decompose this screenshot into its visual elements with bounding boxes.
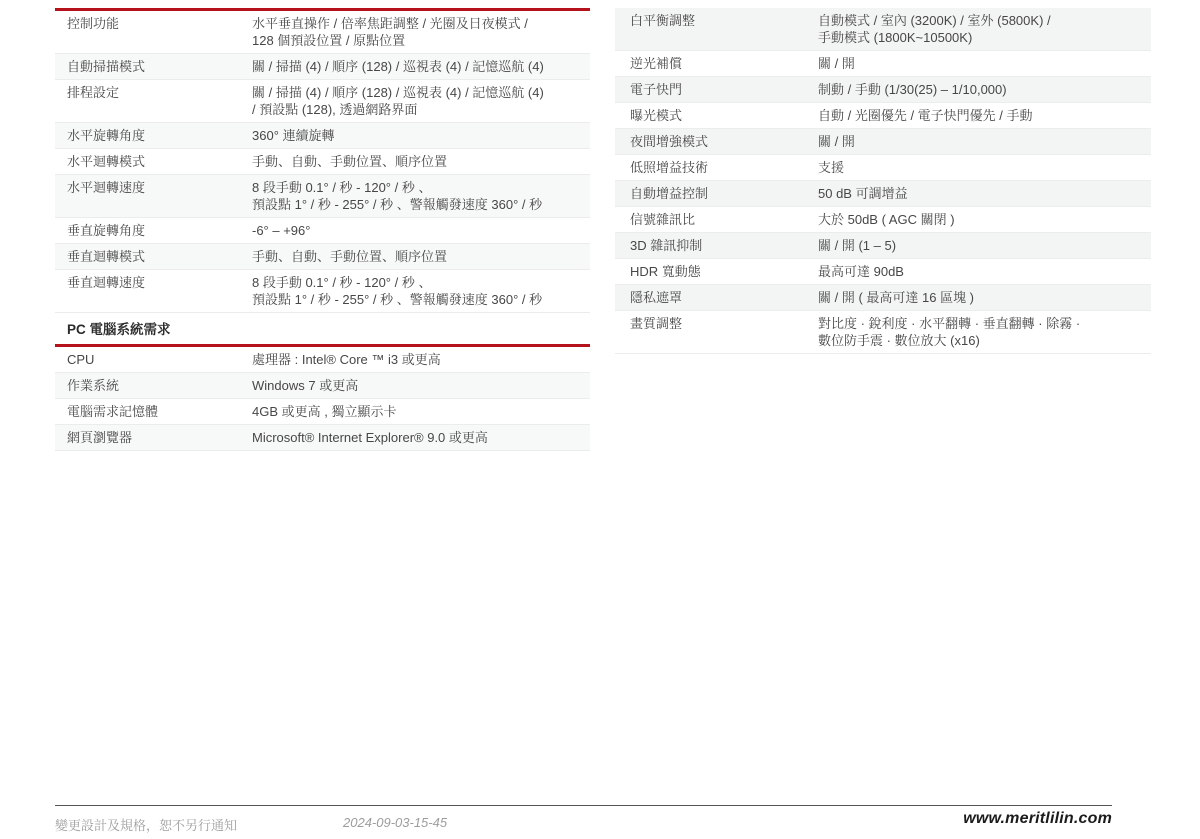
table-row: 信號雜訊比大於 50dB ( AGC 關閉 ) [615,207,1151,233]
spec-value: 自動 / 光圈優先 / 電子快門優先 / 手動 [818,103,1151,128]
spec-label: 排程設定 [55,80,252,105]
section-header: PC 電腦系統需求 [55,313,590,344]
table-row: 自動增益控制50 dB 可調增益 [615,181,1151,207]
spec-label: 控制功能 [55,11,252,36]
table-row: 排程設定關 / 掃描 (4) / 順序 (128) / 巡視表 (4) / 記憶… [55,80,590,123]
table-row: 電腦需求記憶體4GB 或更高 , 獨立顯示卡 [55,399,590,425]
spec-label: HDR 寬動態 [615,259,818,284]
footer-disclaimer: 變更設計及規格，恕不另行通知 [55,815,237,834]
footer-website-link[interactable]: www.meritlilin.com [963,810,1112,828]
table-row: 畫質調整對比度 · 銳利度 · 水平翻轉 · 垂直翻轉 · 除霧 · 數位防手震… [615,311,1151,354]
spec-label: 作業系統 [55,373,252,398]
table-row: 隱私遮罩關 / 開 ( 最高可達 16 區塊 ) [615,285,1151,311]
right-spec-table: 白平衡調整自動模式 / 室內 (3200K) / 室外 (5800K) / 手動… [615,8,1151,354]
spec-label: 自動增益控制 [615,181,818,206]
spec-label: 水平旋轉角度 [55,123,252,148]
spec-label: 水平迴轉速度 [55,175,252,200]
spec-label: 垂直旋轉角度 [55,218,252,243]
spec-label: 自動掃描模式 [55,54,252,79]
spec-value: 自動模式 / 室內 (3200K) / 室外 (5800K) / 手動模式 (1… [818,8,1151,50]
table-row: 自動掃描模式關 / 掃描 (4) / 順序 (128) / 巡視表 (4) / … [55,54,590,80]
table-row: 白平衡調整自動模式 / 室內 (3200K) / 室外 (5800K) / 手動… [615,8,1151,51]
spec-label: CPU [55,347,252,372]
spec-value: 4GB 或更高 , 獨立顯示卡 [252,399,590,424]
spec-label: 網頁瀏覽器 [55,425,252,450]
table-row: 低照增益技術支援 [615,155,1151,181]
spec-label: 白平衡調整 [615,8,818,33]
spec-label: 電腦需求記憶體 [55,399,252,424]
left-spec-table: 控制功能水平垂直操作 / 倍率焦距調整 / 光圈及日夜模式 / 128 個預設位… [55,8,590,451]
spec-value: 50 dB 可調增益 [818,181,1151,206]
spec-value: 水平垂直操作 / 倍率焦距調整 / 光圈及日夜模式 / 128 個預設位置 / … [252,11,590,53]
table-row: 逆光補償關 / 開 [615,51,1151,77]
table-row: 夜間增強模式關 / 開 [615,129,1151,155]
table-row: 垂直迴轉模式手動、自動、手動位置、順序位置 [55,244,590,270]
spec-value: 大於 50dB ( AGC 關閉 ) [818,207,1151,232]
spec-label: 曝光模式 [615,103,818,128]
spec-label: 水平迴轉模式 [55,149,252,174]
table-row: 網頁瀏覽器Microsoft® Internet Explorer® 9.0 或… [55,425,590,451]
spec-value: 處理器 : Intel® Core ™ i3 或更高 [252,347,590,372]
table-row: CPU處理器 : Intel® Core ™ i3 或更高 [55,347,590,373]
spec-value: 8 段手動 0.1° / 秒 - 120° / 秒 、 預設點 1° / 秒 -… [252,270,590,312]
spec-value: 關 / 掃描 (4) / 順序 (128) / 巡視表 (4) / 記憶巡航 (… [252,80,590,122]
spec-value: 關 / 開 ( 最高可達 16 區塊 ) [818,285,1151,310]
spec-label: 信號雜訊比 [615,207,818,232]
spec-value: 支援 [818,155,1151,180]
spec-value: 關 / 開 (1 – 5) [818,233,1151,258]
spec-label: 隱私遮罩 [615,285,818,310]
spec-value: 手動、自動、手動位置、順序位置 [252,149,590,174]
spec-label: 畫質調整 [615,311,818,336]
table-row: 控制功能水平垂直操作 / 倍率焦距調整 / 光圈及日夜模式 / 128 個預設位… [55,11,590,54]
spec-label: 3D 雜訊抑制 [615,233,818,258]
spec-value: 對比度 · 銳利度 · 水平翻轉 · 垂直翻轉 · 除霧 · 數位防手震 · 數… [818,311,1151,353]
table-row: 曝光模式自動 / 光圈優先 / 電子快門優先 / 手動 [615,103,1151,129]
spec-label: 電子快門 [615,77,818,102]
spec-label: 低照增益技術 [615,155,818,180]
table-row: 水平迴轉速度8 段手動 0.1° / 秒 - 120° / 秒 、 預設點 1°… [55,175,590,218]
table-row: 電子快門制動 / 手動 (1/30(25) – 1/10,000) [615,77,1151,103]
footer-divider [55,805,1112,806]
spec-label: 逆光補償 [615,51,818,76]
spec-value: 關 / 開 [818,51,1151,76]
spec-value: 8 段手動 0.1° / 秒 - 120° / 秒 、 預設點 1° / 秒 -… [252,175,590,217]
table-row: 垂直迴轉速度8 段手動 0.1° / 秒 - 120° / 秒 、 預設點 1°… [55,270,590,313]
table-row: 垂直旋轉角度-6° – +96° [55,218,590,244]
spec-value: 關 / 開 [818,129,1151,154]
footer-doc-code: 2024-09-03-15-45 [343,815,447,830]
table-row: 作業系統Windows 7 或更高 [55,373,590,399]
spec-label: 夜間增強模式 [615,129,818,154]
spec-value: Microsoft® Internet Explorer® 9.0 或更高 [252,425,590,450]
spec-label: 垂直迴轉速度 [55,270,252,295]
spec-label: 垂直迴轉模式 [55,244,252,269]
spec-value: 手動、自動、手動位置、順序位置 [252,244,590,269]
spec-value: 360° 連續旋轉 [252,123,590,148]
table-row: 水平迴轉模式手動、自動、手動位置、順序位置 [55,149,590,175]
spec-value: 制動 / 手動 (1/30(25) – 1/10,000) [818,77,1151,102]
table-row: 3D 雜訊抑制關 / 開 (1 – 5) [615,233,1151,259]
spec-value: 關 / 掃描 (4) / 順序 (128) / 巡視表 (4) / 記憶巡航 (… [252,54,590,79]
spec-value: 最高可達 90dB [818,259,1151,284]
table-row: 水平旋轉角度360° 連續旋轉 [55,123,590,149]
table-row: HDR 寬動態最高可達 90dB [615,259,1151,285]
spec-value: -6° – +96° [252,218,590,243]
spec-value: Windows 7 或更高 [252,373,590,398]
